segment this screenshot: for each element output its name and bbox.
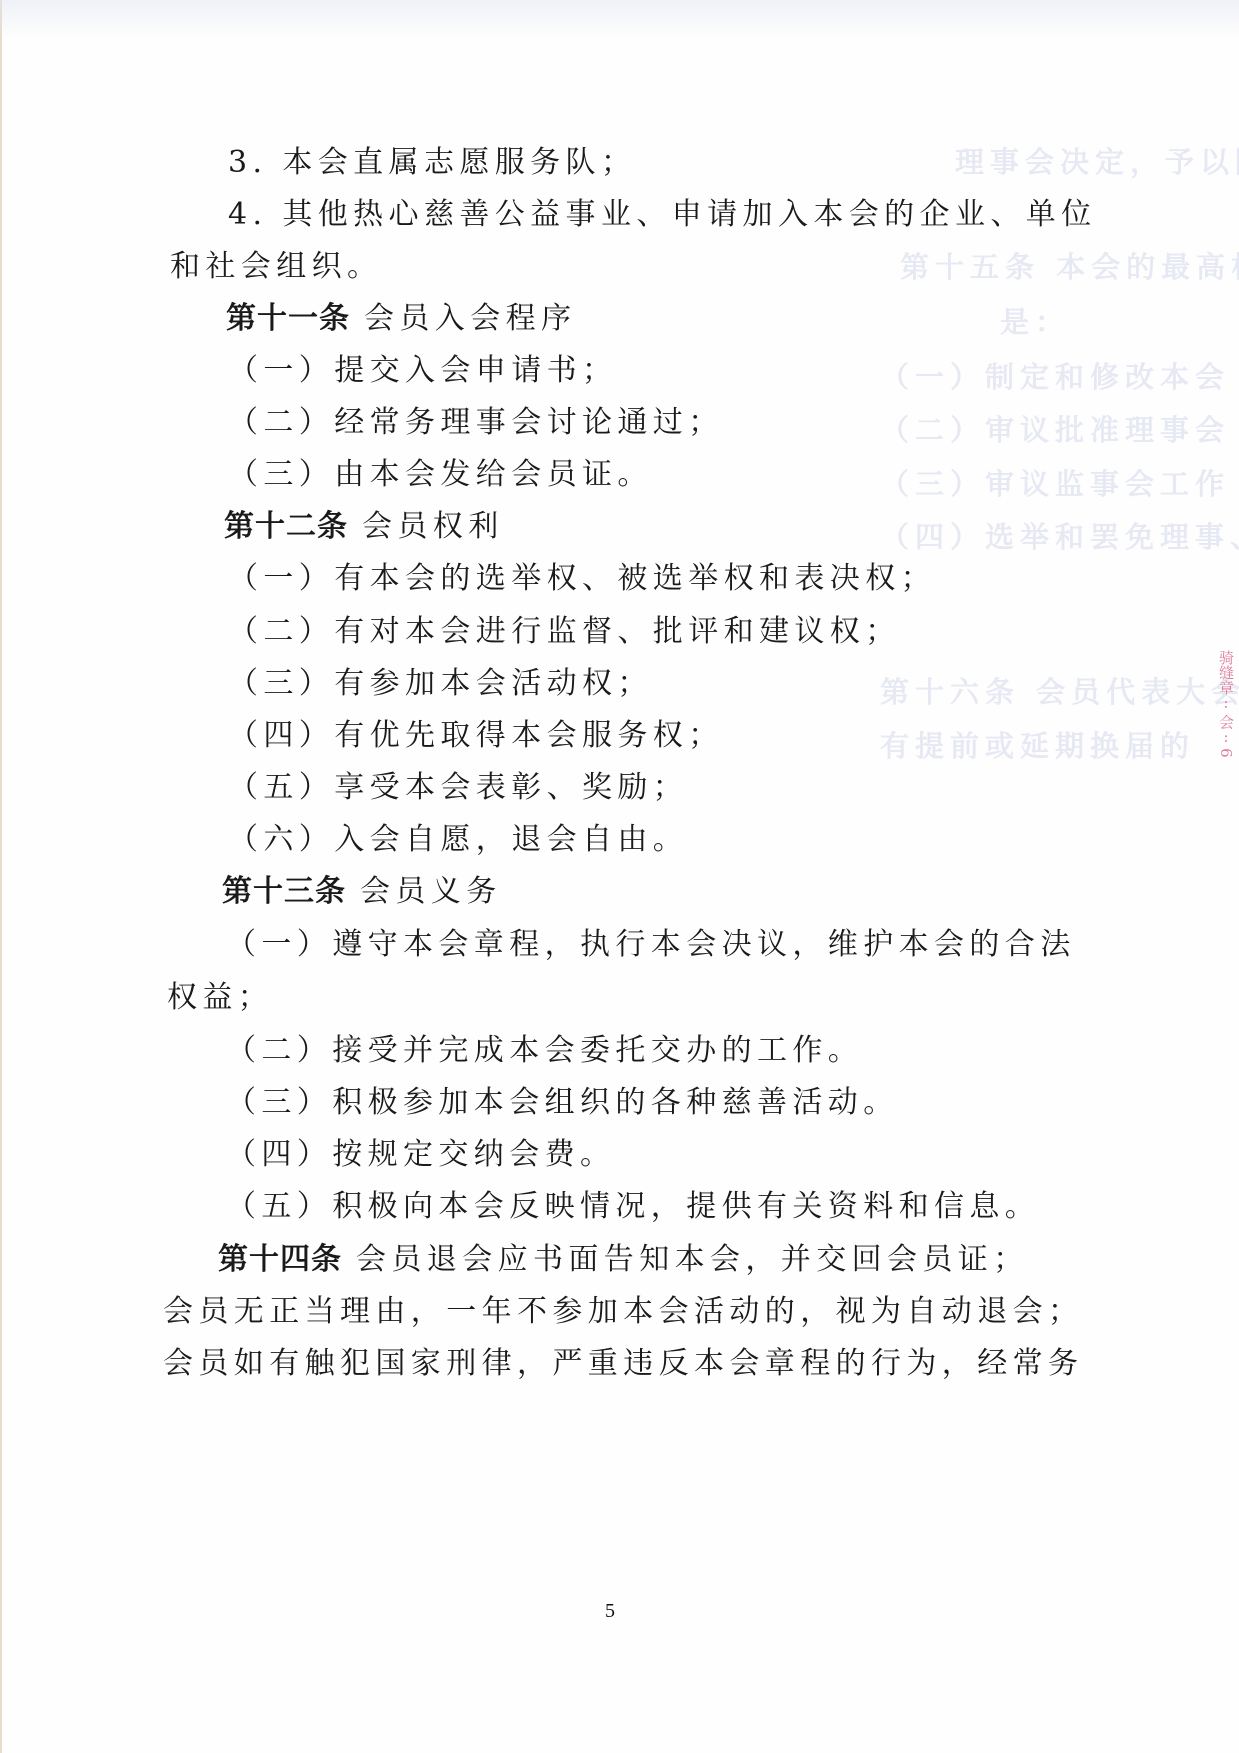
bleed-through-line: 是： [1000,300,1070,341]
bleed-through-line: 理事会决定，予以除名。 [955,140,1239,181]
list-item: （二）接受并完成本会委托交办的工作。 [226,1031,863,1071]
scan-streaks [0,0,1239,40]
bleed-through-line: 第十五条 本会的最高权力机构是会员代表 [900,245,1239,286]
article-number: 第十二条 [224,509,348,544]
paragraph-continuation: 权益； [167,978,273,1018]
page-edge [0,0,2,1753]
document-page: 理事会决定，予以除名。 第十五条 本会的最高权力机构是会员代表 是： （一）制定… [0,0,1239,1753]
bleed-through-line: 第十六条 会员代表大会 [880,670,1239,711]
article-subject: 会员义务 [360,874,502,909]
article-title: 第十四条会员退会应书面告知本会，并交回会员证； [218,1240,1029,1280]
list-item: （三）有参加本会活动权； [228,664,653,704]
bleed-through-line: （二）审议批准理事会 [880,408,1230,449]
article-body: 会员退会应书面告知本会，并交回会员证； [356,1242,1029,1277]
list-item: （一）遵守本会章程，执行本会决议，维护本会的合法 [226,925,1076,965]
list-item: （六）入会自愿，退会自由。 [228,820,688,860]
list-item: （一）提交入会申请书； [228,351,617,391]
article-number: 第十三条 [222,874,346,909]
list-item: （五）积极向本会反映情况，提供有关资料和信息。 [226,1187,1040,1227]
list-item: （一）有本会的选举权、被选举权和表决权； [228,559,936,599]
bleed-through-line: （一）制定和修改本会（章程）； [880,355,1239,396]
paragraph-continuation: 会员如有触犯国家刑律，严重违反本会章程的行为，经常务 [163,1344,1083,1384]
bleed-through-line: 有提前或延期换届的 [880,724,1195,765]
list-item: 4. 其他热心慈善公益事业、申请加入本会的企业、单位 [228,195,1097,235]
paragraph-continuation: 和社会组织。 [170,247,382,287]
page-number: 5 [605,1600,615,1623]
list-item: （五）享受本会表彰、奖励； [228,768,688,808]
seal-stamp-fragment: 骑缝章 ·· 会 ·· 6 [1205,650,1235,900]
list-item: 3. 本会直属志愿服务队； [228,143,636,183]
paragraph-continuation: 会员无正当理由，一年不参加本会活动的，视为自动退会； [163,1292,1083,1332]
article-title: 第十一条会员入会程序 [226,299,576,339]
list-item: （四）按规定交纳会费。 [226,1135,615,1175]
list-item: （四）有优先取得本会服务权； [228,716,724,756]
bleed-through-line: （三）审议监事会工作 [880,462,1230,503]
list-item: （三）由本会发给会员证。 [228,455,653,495]
article-title: 第十三条会员义务 [222,872,502,912]
article-subject: 会员入会程序 [364,301,576,336]
article-subject: 会员权利 [362,509,504,544]
list-item: （二）经常务理事会讨论通过； [228,403,724,443]
article-title: 第十二条会员权利 [224,507,504,547]
list-item: （三）积极参加本会组织的各种慈善活动。 [226,1083,899,1123]
article-number: 第十一条 [226,301,350,336]
bleed-through-line: （四）选举和罢免理事、监事 [880,515,1239,556]
article-number: 第十四条 [218,1242,342,1277]
list-item: （二）有对本会进行监督、批评和建议权； [228,612,901,652]
